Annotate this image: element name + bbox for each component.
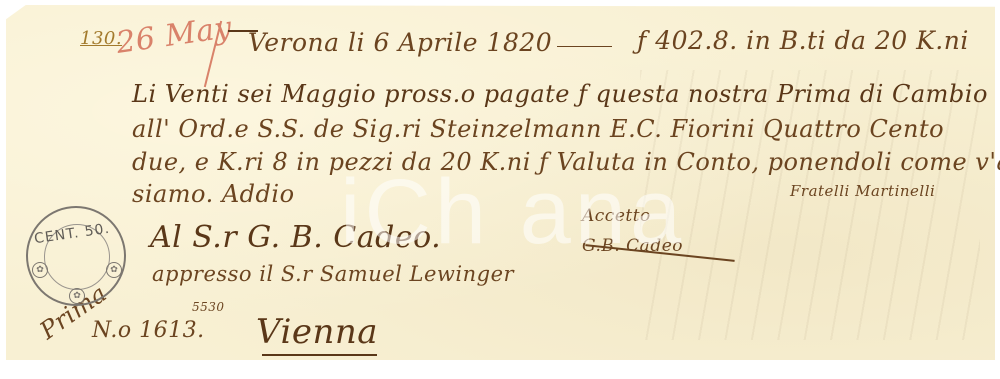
header-dash — [557, 46, 612, 47]
tax-stamp: CENT. 50. ✿ ✿ ✿ — [26, 206, 126, 306]
rosette-icon: ✿ — [69, 288, 85, 304]
drawer-signature: Fratelli Martinelli — [790, 182, 935, 200]
addressee-city: Vienna — [256, 312, 378, 352]
margin-superscript: 5530 — [192, 300, 225, 314]
rosette-icon: ✿ — [32, 262, 48, 278]
addressee-care-of: appresso il S.r Samuel Lewinger — [152, 262, 514, 286]
faint-bleedthrough-writing — [640, 70, 980, 340]
rosette-icon: ✿ — [106, 262, 122, 278]
city-underline — [262, 354, 377, 356]
body-line-2: all' Ord.e S.S. de Sig.ri Steinzelmann E… — [132, 115, 944, 143]
margin-number: N.o 1613. — [92, 318, 205, 343]
body-line-4: siamo. Addio — [132, 180, 295, 208]
body-line-1: Li Venti sei Maggio pross.o pagate ƒ que… — [132, 80, 988, 108]
place-date: Verona li 6 Aprile 1820 — [248, 28, 552, 57]
watermark: iCh ana — [340, 160, 685, 265]
amount: ƒ 402.8. in B.ti da 20 K.ni — [637, 26, 969, 55]
